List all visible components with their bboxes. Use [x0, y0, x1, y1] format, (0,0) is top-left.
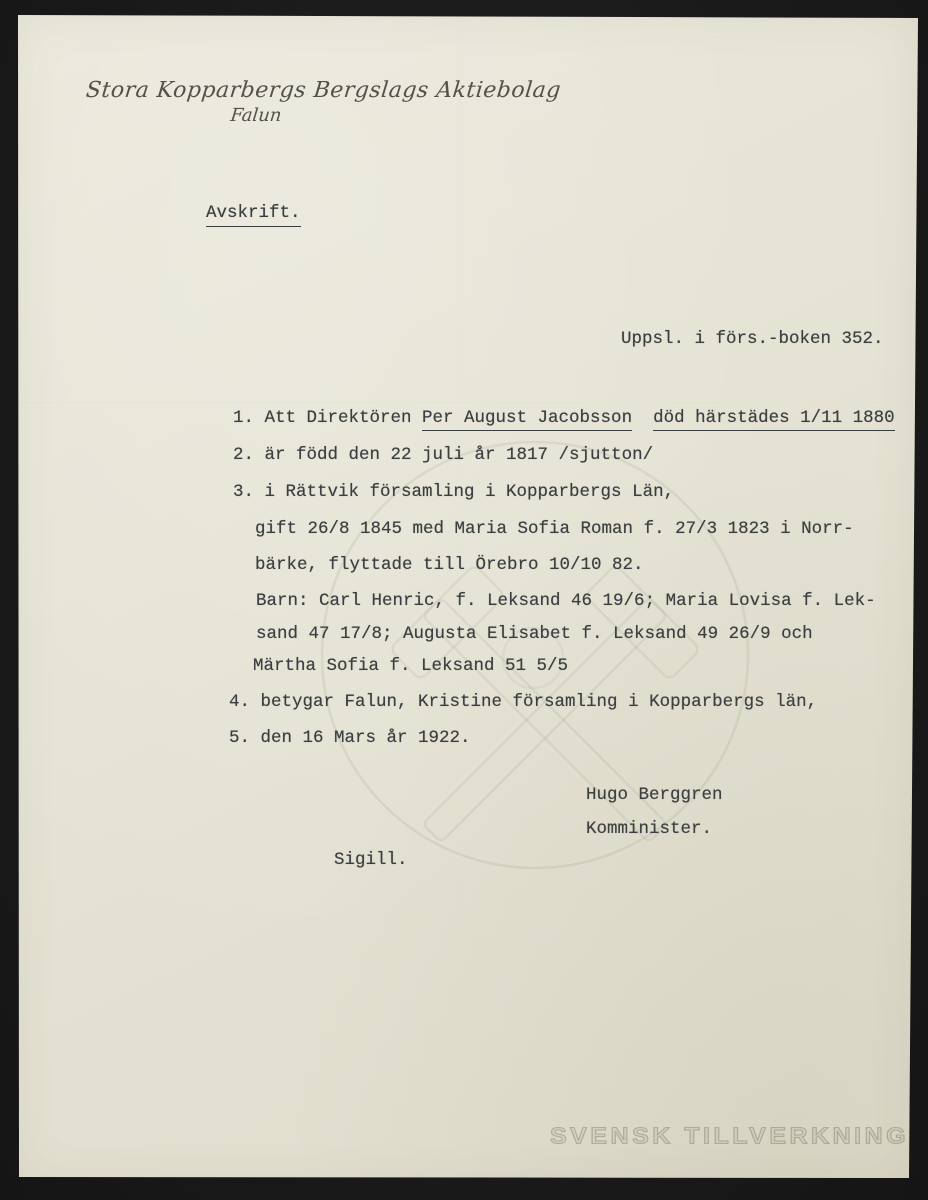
paper-sheet: Stora Kopparbergs Bergslags Aktiebolag F…	[0, 0, 928, 1200]
line1-prefix: 1. Att Direktören	[233, 408, 422, 428]
body-line-9: 4. betygar Falun, Kristine församling i …	[229, 691, 817, 713]
body-line-2: 2. är född den 22 juli år 1817 /sjutton/	[233, 444, 653, 466]
signature-title: Komminister.	[586, 818, 712, 840]
letterhead-place: Falun	[85, 105, 427, 126]
body-line-7: sand 47 17/8; Augusta Elisabet f. Leksan…	[256, 623, 813, 645]
body-line-10: 5. den 16 Mars år 1922.	[229, 727, 471, 749]
line1-underlined-name: Per August Jacobsson	[422, 408, 632, 431]
seal-note: Sigill.	[334, 849, 408, 871]
register-reference: Uppsl. i förs.-boken 352.	[621, 328, 884, 350]
body-line-3: 3. i Rättvik församling i Kopparbergs Lä…	[233, 481, 674, 503]
body-line-1: 1. Att Direktören Per August Jacobsson d…	[233, 407, 895, 429]
letterhead: Stora Kopparbergs Bergslags Aktiebolag F…	[86, 78, 426, 126]
letterhead-company-name: Stora Kopparbergs Bergslags Aktiebolag	[85, 78, 428, 103]
svensk-tillverkning-watermark: SVENSK TILLVERKNING	[550, 1123, 909, 1150]
line1-gap	[632, 408, 653, 428]
line1-underlined-death: död härstädes 1/11 1880	[653, 408, 895, 431]
horizontal-fold-crease	[18, 402, 912, 404]
body-line-6: Barn: Carl Henric, f. Leksand 46 19/6; M…	[256, 590, 876, 612]
scanned-document: Stora Kopparbergs Bergslags Aktiebolag F…	[0, 0, 928, 1200]
body-line-5: bärke, flyttade till Örebro 10/10 82.	[255, 554, 644, 576]
body-line-8: Märtha Sofia f. Leksand 51 5/5	[253, 655, 568, 677]
body-line-4: gift 26/8 1845 med Maria Sofia Roman f. …	[255, 518, 854, 540]
signature-name: Hugo Berggren	[586, 784, 723, 806]
document-heading: Avskrift.	[206, 202, 301, 227]
